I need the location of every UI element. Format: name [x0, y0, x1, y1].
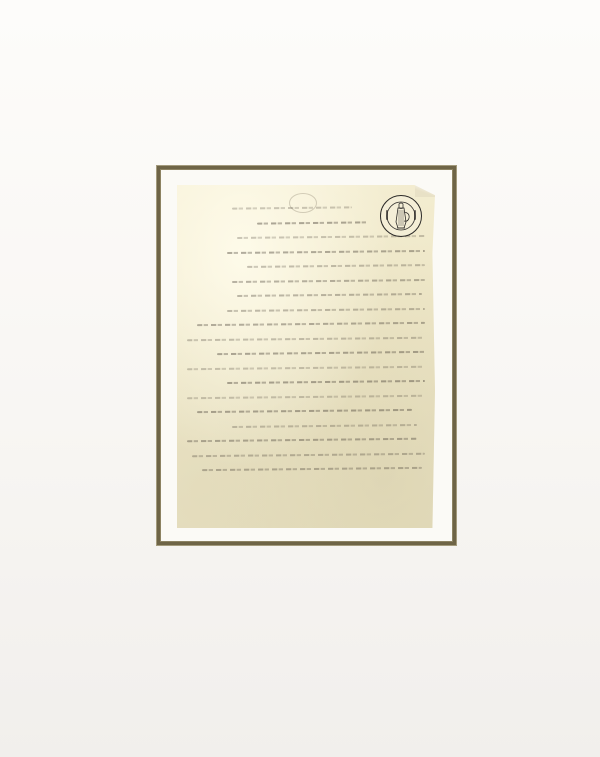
handwriting-line [197, 322, 425, 326]
handwriting-line [227, 307, 425, 311]
handwriting-line [187, 438, 417, 442]
handwriting-line [202, 467, 422, 471]
handwriting-line [187, 336, 425, 340]
handwriting-line [192, 452, 425, 456]
handwriting-line [232, 424, 417, 428]
mat-board: Faded cursive manuscript on aged parchme… [0, 0, 600, 757]
handwriting-line [257, 221, 367, 224]
antique-letter-paper: Faded cursive manuscript on aged parchme… [177, 185, 435, 528]
handwriting-line [227, 249, 425, 253]
revenue-stamp-icon [380, 195, 422, 237]
handwriting-line [187, 394, 425, 398]
handwriting-line [187, 365, 425, 369]
handwriting-line [217, 351, 425, 355]
handwriting-line [227, 380, 425, 384]
handwriting-line [247, 264, 425, 268]
handwriting-line [232, 206, 352, 209]
handwriting-line [237, 293, 422, 297]
handwriting-line [232, 278, 425, 282]
handwriting-line [197, 409, 412, 413]
